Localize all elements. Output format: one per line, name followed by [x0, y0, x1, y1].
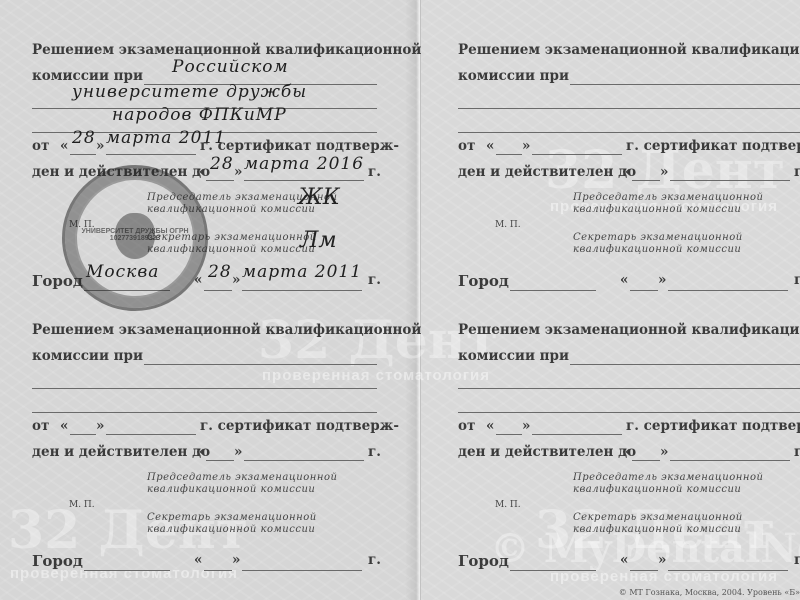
quote-open: « — [486, 138, 494, 154]
quote-close: » — [232, 552, 240, 568]
quote-open: « — [620, 272, 628, 288]
commission-line-2: университете дружбы — [72, 82, 307, 102]
quote-close: » — [658, 272, 666, 288]
date-day: 28 — [208, 262, 232, 282]
seal-mark: М. П. — [495, 220, 521, 230]
city-label: Город — [458, 272, 509, 290]
secretary-label-2: квалификационной комиссии — [573, 244, 741, 255]
secretary-label-2: квалификационной комиссии — [573, 524, 741, 535]
year-suffix: г. — [368, 272, 381, 288]
quote-close: » — [660, 164, 668, 180]
quote-open: « — [194, 552, 202, 568]
from-label: от — [458, 418, 475, 434]
quote-close: » — [658, 552, 666, 568]
certificate-confirmed-label: г. сертификат подтверж- — [200, 138, 399, 154]
chairman-label-1: Председатель экзаменационной — [147, 472, 337, 483]
from-label: от — [32, 418, 49, 434]
valid-until-label: ден и действителен до — [32, 444, 210, 460]
quote-close: » — [522, 138, 530, 154]
valid-until-label: ден и действителен до — [458, 164, 636, 180]
certificate-confirmed-label: г. сертификат подтверж- — [626, 418, 800, 434]
chairman-signature: ЖК — [298, 185, 340, 210]
quote-close: » — [522, 418, 530, 434]
valid-day: 28 — [210, 154, 234, 174]
quote-close: » — [96, 138, 104, 154]
chairman-label-1: Председатель экзаменационной — [573, 192, 763, 203]
quote-open: « — [620, 552, 628, 568]
quote-close: » — [660, 444, 668, 460]
city-label: Город — [458, 552, 509, 570]
valid-until-label: ден и действителен до — [458, 444, 636, 460]
official-stamp: УНИВЕРСИТЕТ ДРУЖБЫ ОГРН 1027739189323 — [62, 165, 208, 311]
quote-close: » — [234, 164, 242, 180]
commission-label: комиссии при — [32, 348, 143, 364]
year-suffix: г. — [368, 552, 381, 568]
commission-label: комиссии при — [458, 68, 569, 84]
quote-open: « — [196, 164, 204, 180]
secretary-label-1: Секретарь экзаменационной — [147, 512, 317, 523]
quote-open: « — [60, 138, 68, 154]
heading: Решением экзаменационной квалификационно… — [458, 42, 800, 58]
seal-mark: М. П. — [495, 500, 521, 510]
heading: Решением экзаменационной квалификационно… — [32, 42, 421, 58]
certificate-confirmed-label: г. сертификат подтверж- — [200, 418, 399, 434]
quote-open: « — [622, 164, 630, 180]
commission-label: комиссии при — [458, 348, 569, 364]
from-label: от — [458, 138, 475, 154]
quote-open: « — [196, 444, 204, 460]
year-suffix: г. — [794, 444, 800, 460]
city-label: Город — [32, 552, 83, 570]
valid-month-year: марта 2016 — [244, 154, 364, 174]
seal-mark: М. П. — [69, 500, 95, 510]
year-suffix: г. — [794, 164, 800, 180]
certificate-confirmed-label: г. сертификат подтверж- — [626, 138, 800, 154]
secretary-signature: Лм — [300, 228, 337, 253]
page-gutter — [405, 0, 421, 600]
quote-open: « — [486, 418, 494, 434]
quote-open: « — [60, 418, 68, 434]
quote-close: » — [96, 418, 104, 434]
chairman-label-1: Председатель экзаменационной — [573, 472, 763, 483]
secretary-label-1: Секретарь экзаменационной — [573, 512, 743, 523]
date-month-year: марта 2011 — [242, 262, 362, 282]
heading: Решением экзаменационной квалификационно… — [458, 322, 800, 338]
quote-close: » — [234, 444, 242, 460]
chairman-label-2: квалификационной комиссии — [573, 204, 741, 215]
heading: Решением экзаменационной квалификационно… — [32, 322, 421, 338]
secretary-label-1: Секретарь экзаменационной — [573, 232, 743, 243]
secretary-label-2: квалификационной комиссии — [147, 524, 315, 535]
quote-open: « — [622, 444, 630, 460]
year-suffix: г. — [368, 444, 381, 460]
copyright-footer: © МТ Гознака, Москва, 2004. Уровень «Б» — [619, 588, 800, 597]
commission-line-1: Российском — [172, 57, 289, 77]
from-day: 28 — [72, 128, 96, 148]
from-label: от — [32, 138, 49, 154]
year-suffix: г. — [794, 272, 800, 288]
commission-line-3: народов ФПКиМР — [112, 105, 287, 125]
chairman-label-2: квалификационной комиссии — [147, 484, 315, 495]
chairman-label-2: квалификационной комиссии — [573, 484, 741, 495]
stamp-text: УНИВЕРСИТЕТ ДРУЖБЫ ОГРН 1027739189323 — [75, 228, 195, 242]
year-suffix: г. — [368, 164, 381, 180]
quote-close: » — [232, 272, 240, 288]
right-page — [421, 0, 800, 600]
year-suffix: г. — [794, 552, 800, 568]
